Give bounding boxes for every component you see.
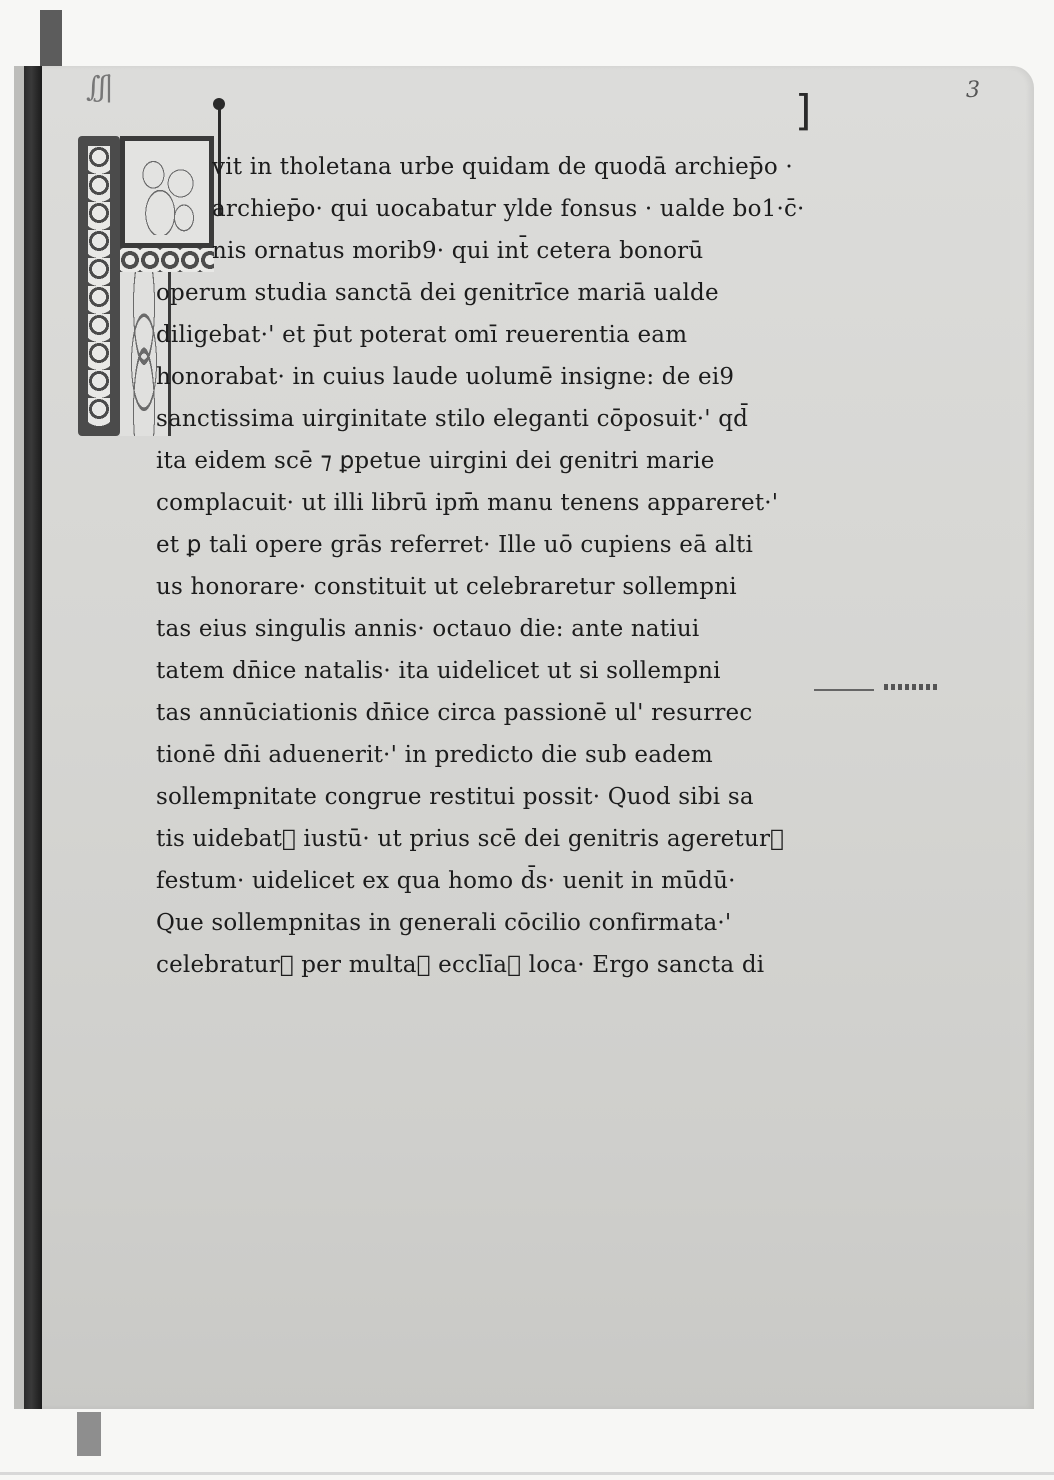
text-line: tas eius singulis annis· octauo die: ant… [156,616,699,642]
manuscript-page: ∫ʃ| ] 3 vit in tholetana urbe quidam de … [14,66,1034,1409]
text-line: tionē dn̄i aduenerit·' in predicto die s… [156,742,713,768]
text-line: sanctissima uirginitate stilo eleganti c… [156,406,748,432]
text-line: et ꝑ tali opere grās referret· Ille uō c… [156,532,753,558]
text-line: vit in tholetana urbe quidam de quodā ar… [212,154,793,180]
text-line: archiep̄o· qui uocabatur ylde fonsus · u… [212,196,805,222]
text-line: tis uidebatᷣ iustū· ut prius scē dei gen… [156,826,784,852]
text-line: festum· uidelicet ex qua homo d̄s· uenit… [156,868,736,894]
text-line: honorabat· in cuius laude uolumē insigne… [156,364,734,390]
text-column: vit in tholetana urbe quidam de quodā ar… [14,66,1034,1409]
text-line: Que sollempnitas in generali cōcilio con… [156,910,731,936]
text-line: celebraturᷣ per multaꝝ ecclīaꝝ loca· Erg… [156,952,764,978]
text-line: diligebat·' et p̄ut poterat omī reuerent… [156,322,687,348]
text-line: sollempnitate congrue restitui possit· Q… [156,784,754,810]
text-line: complacuit· ut illi librū ipm̄ manu tene… [156,490,778,516]
top-tab [40,10,62,66]
text-line: operum studia sanctā dei genitrīce mariā… [156,280,719,306]
photo-edge [0,1472,1054,1475]
text-line: ita eidem scē ⁊ ꝑpetue uirgini dei genit… [156,448,715,474]
text-line: us honorare· constituit ut celebraretur … [156,574,737,600]
bottom-tab [77,1412,101,1456]
text-line: nis ornatus morib9· qui int̄ cetera bono… [212,238,703,264]
text-line: tas annūciationis dn̄ice circa passionē … [156,700,752,726]
text-line: tatem dn̄ice natalis· ita uidelicet ut s… [156,658,721,684]
